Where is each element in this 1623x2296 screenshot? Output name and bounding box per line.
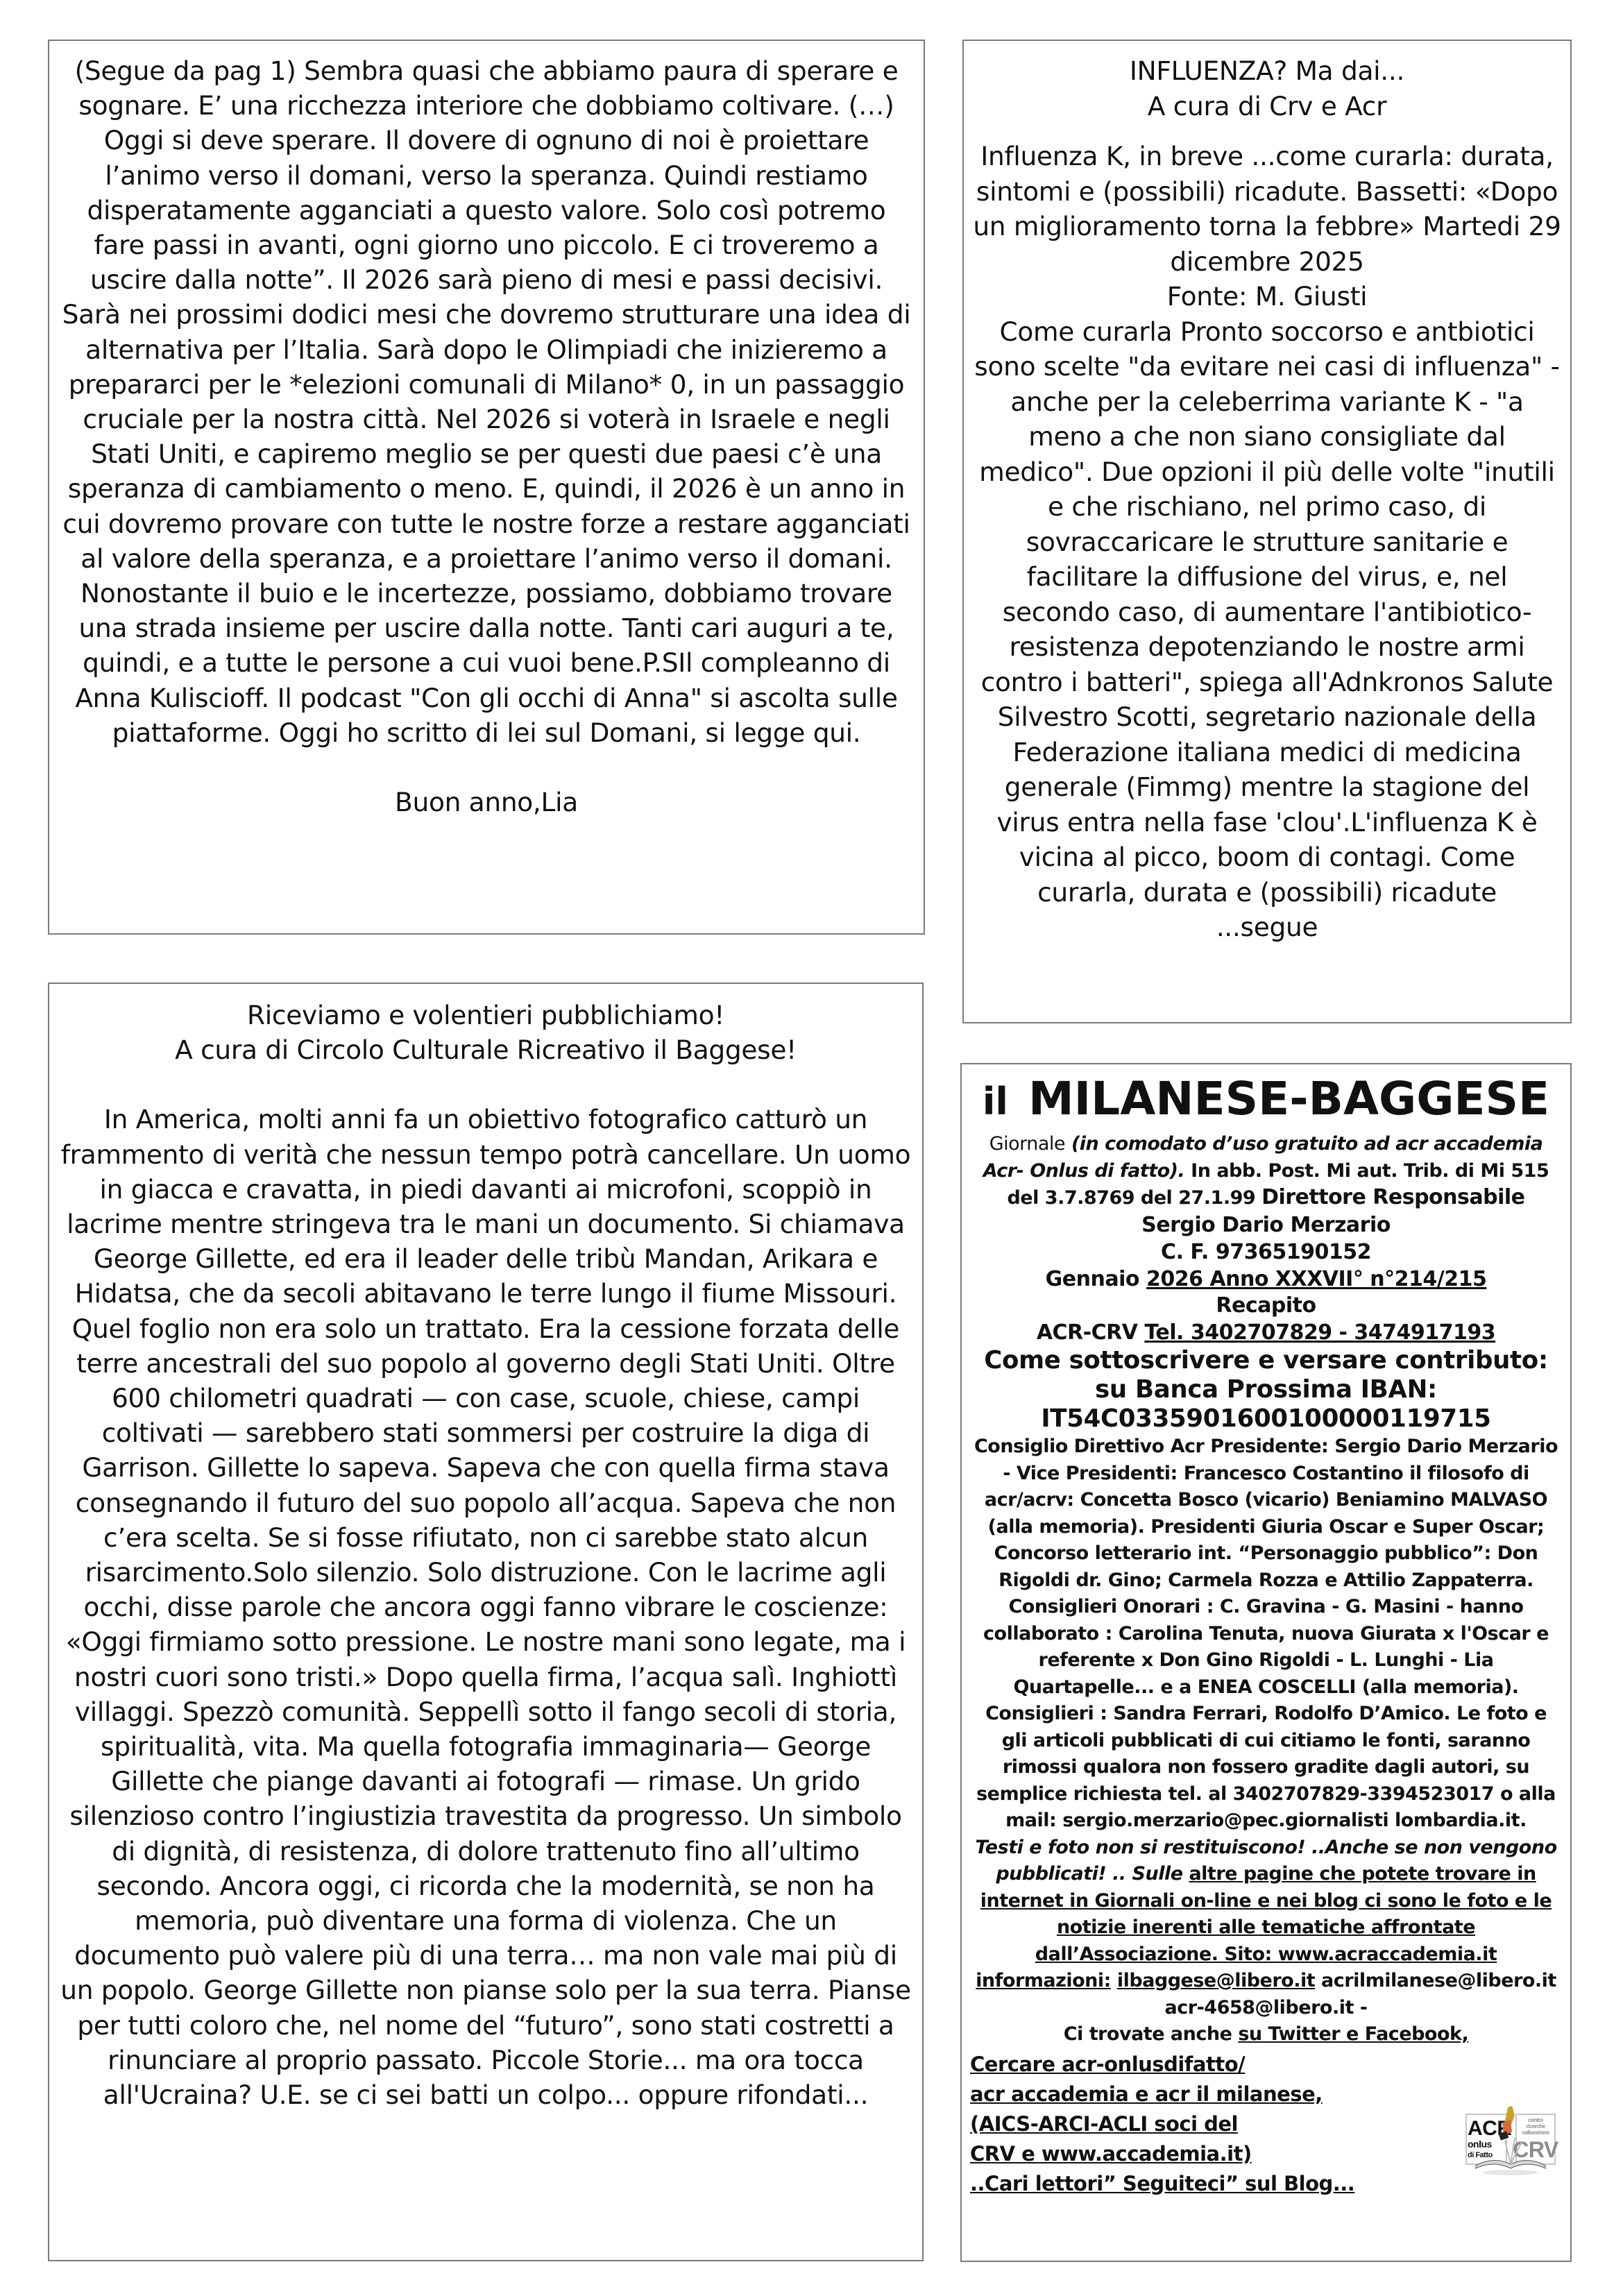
article-influenza-source: Fonte: M. Giusti [972, 279, 1562, 314]
masthead-board: Consiglio Direttivo Acr Presidente: Serg… [970, 1434, 1562, 1835]
masthead-web-block: Testi e foto non si restituiscono! ..Anc… [970, 1835, 1562, 2022]
article-lia-body: (Segue da pag 1) Sembra quasi che abbiam… [59, 53, 914, 750]
masthead-title: il MILANESE-BAGGESE [970, 1070, 1562, 1131]
masthead-box: il MILANESE-BAGGESE Giornale (in comodat… [960, 1063, 1572, 2262]
masthead-title-prefix: il [983, 1080, 1008, 1123]
article-influenza-byline: A cura di Crv e Acr [972, 89, 1562, 124]
masthead-social[interactable]: su Twitter e Facebook, [1238, 2023, 1468, 2045]
article-influenza-intro: Influenza K, in breve ...come curarla: d… [972, 139, 1562, 279]
svg-text:onlus: onlus [1468, 2138, 1493, 2150]
masthead-subscribe: Come sottoscrivere e versare contributo:… [970, 1346, 1562, 1404]
masthead-giornale: Giornale [989, 1133, 1065, 1155]
article-gillette-body: In America, molti anni fa un obiettivo f… [59, 1102, 912, 2112]
article-lia-signature: Buon anno,Lia [59, 785, 914, 819]
article-influenza-body: Come curarla Pronto soccorso e antbiotic… [972, 314, 1562, 910]
masthead-contact-prefix: ACR-CRV [1037, 1320, 1138, 1345]
article-gillette-heading-2: A cura di Circolo Culturale Ricreativo i… [59, 1032, 912, 1067]
article-influenza-continues: ...segue [972, 910, 1562, 945]
svg-text:ricerche: ricerche [1526, 2123, 1545, 2129]
article-influenza-title: INFLUENZA? Ma dai... [972, 53, 1562, 89]
masthead-bottom: Cercare acr-onlusdifatto/ acr accademia … [970, 2050, 1562, 2199]
acr-crv-logo: ACR onlus di Fatto centro ricerche valla… [1462, 2102, 1559, 2178]
article-lia-box: (Segue da pag 1) Sembra quasi che abbiam… [48, 40, 925, 935]
masthead-title-main: MILANESE-BAGGESE [1028, 1072, 1549, 1125]
masthead-social-line: Ci trovate anche su Twitter e Facebook, [970, 2021, 1562, 2048]
spacer [59, 750, 914, 785]
acr-crv-logo-icon: ACR onlus di Fatto centro ricerche valla… [1462, 2102, 1559, 2178]
article-gillette-box: Riceviamo e volentieri pubblichiamo! A c… [48, 983, 924, 2261]
article-influenza-box: INFLUENZA? Ma dai... A cura di Crv e Acr… [962, 40, 1572, 1023]
masthead-email-1[interactable]: ilbaggese@libero.it [1117, 1970, 1315, 1991]
svg-text:centro: centro [1528, 2117, 1543, 2123]
svg-text:vallassinesi: vallassinesi [1522, 2129, 1549, 2136]
masthead-details: Giornale (in comodato d’uso gratuito ad … [970, 1131, 1562, 2199]
svg-text:CRV: CRV [1513, 2137, 1559, 2162]
svg-text:di Fatto: di Fatto [1468, 2151, 1493, 2159]
masthead-iban: IT54C0335901600100000119715 [970, 1404, 1562, 1434]
masthead-phones[interactable]: Tel. 3402707829 - 3474917193 [1144, 1320, 1495, 1345]
masthead-issue-month: Gennaio [1046, 1267, 1139, 1291]
masthead-contact-line: ACR-CRV Tel. 3402707829 - 3474917193 [970, 1320, 1562, 1347]
masthead-issue-line: Gennaio 2026 Anno XXXVII° n°214/215 [970, 1266, 1562, 1293]
masthead-link-0[interactable]: Cercare acr-onlusdifatto/ [970, 2050, 1562, 2080]
article-gillette-heading-1: Riceviamo e volentieri pubblichiamo! [59, 998, 912, 1032]
masthead-social-prefix: Ci trovate anche [1064, 2023, 1232, 2045]
masthead-cf: C. F. 97365190152 [970, 1239, 1562, 1266]
spacer [59, 1067, 912, 1102]
masthead-issue: 2026 Anno XXXVII° n°214/215 [1146, 1267, 1486, 1291]
masthead-recapito: Recapito [970, 1293, 1562, 1320]
